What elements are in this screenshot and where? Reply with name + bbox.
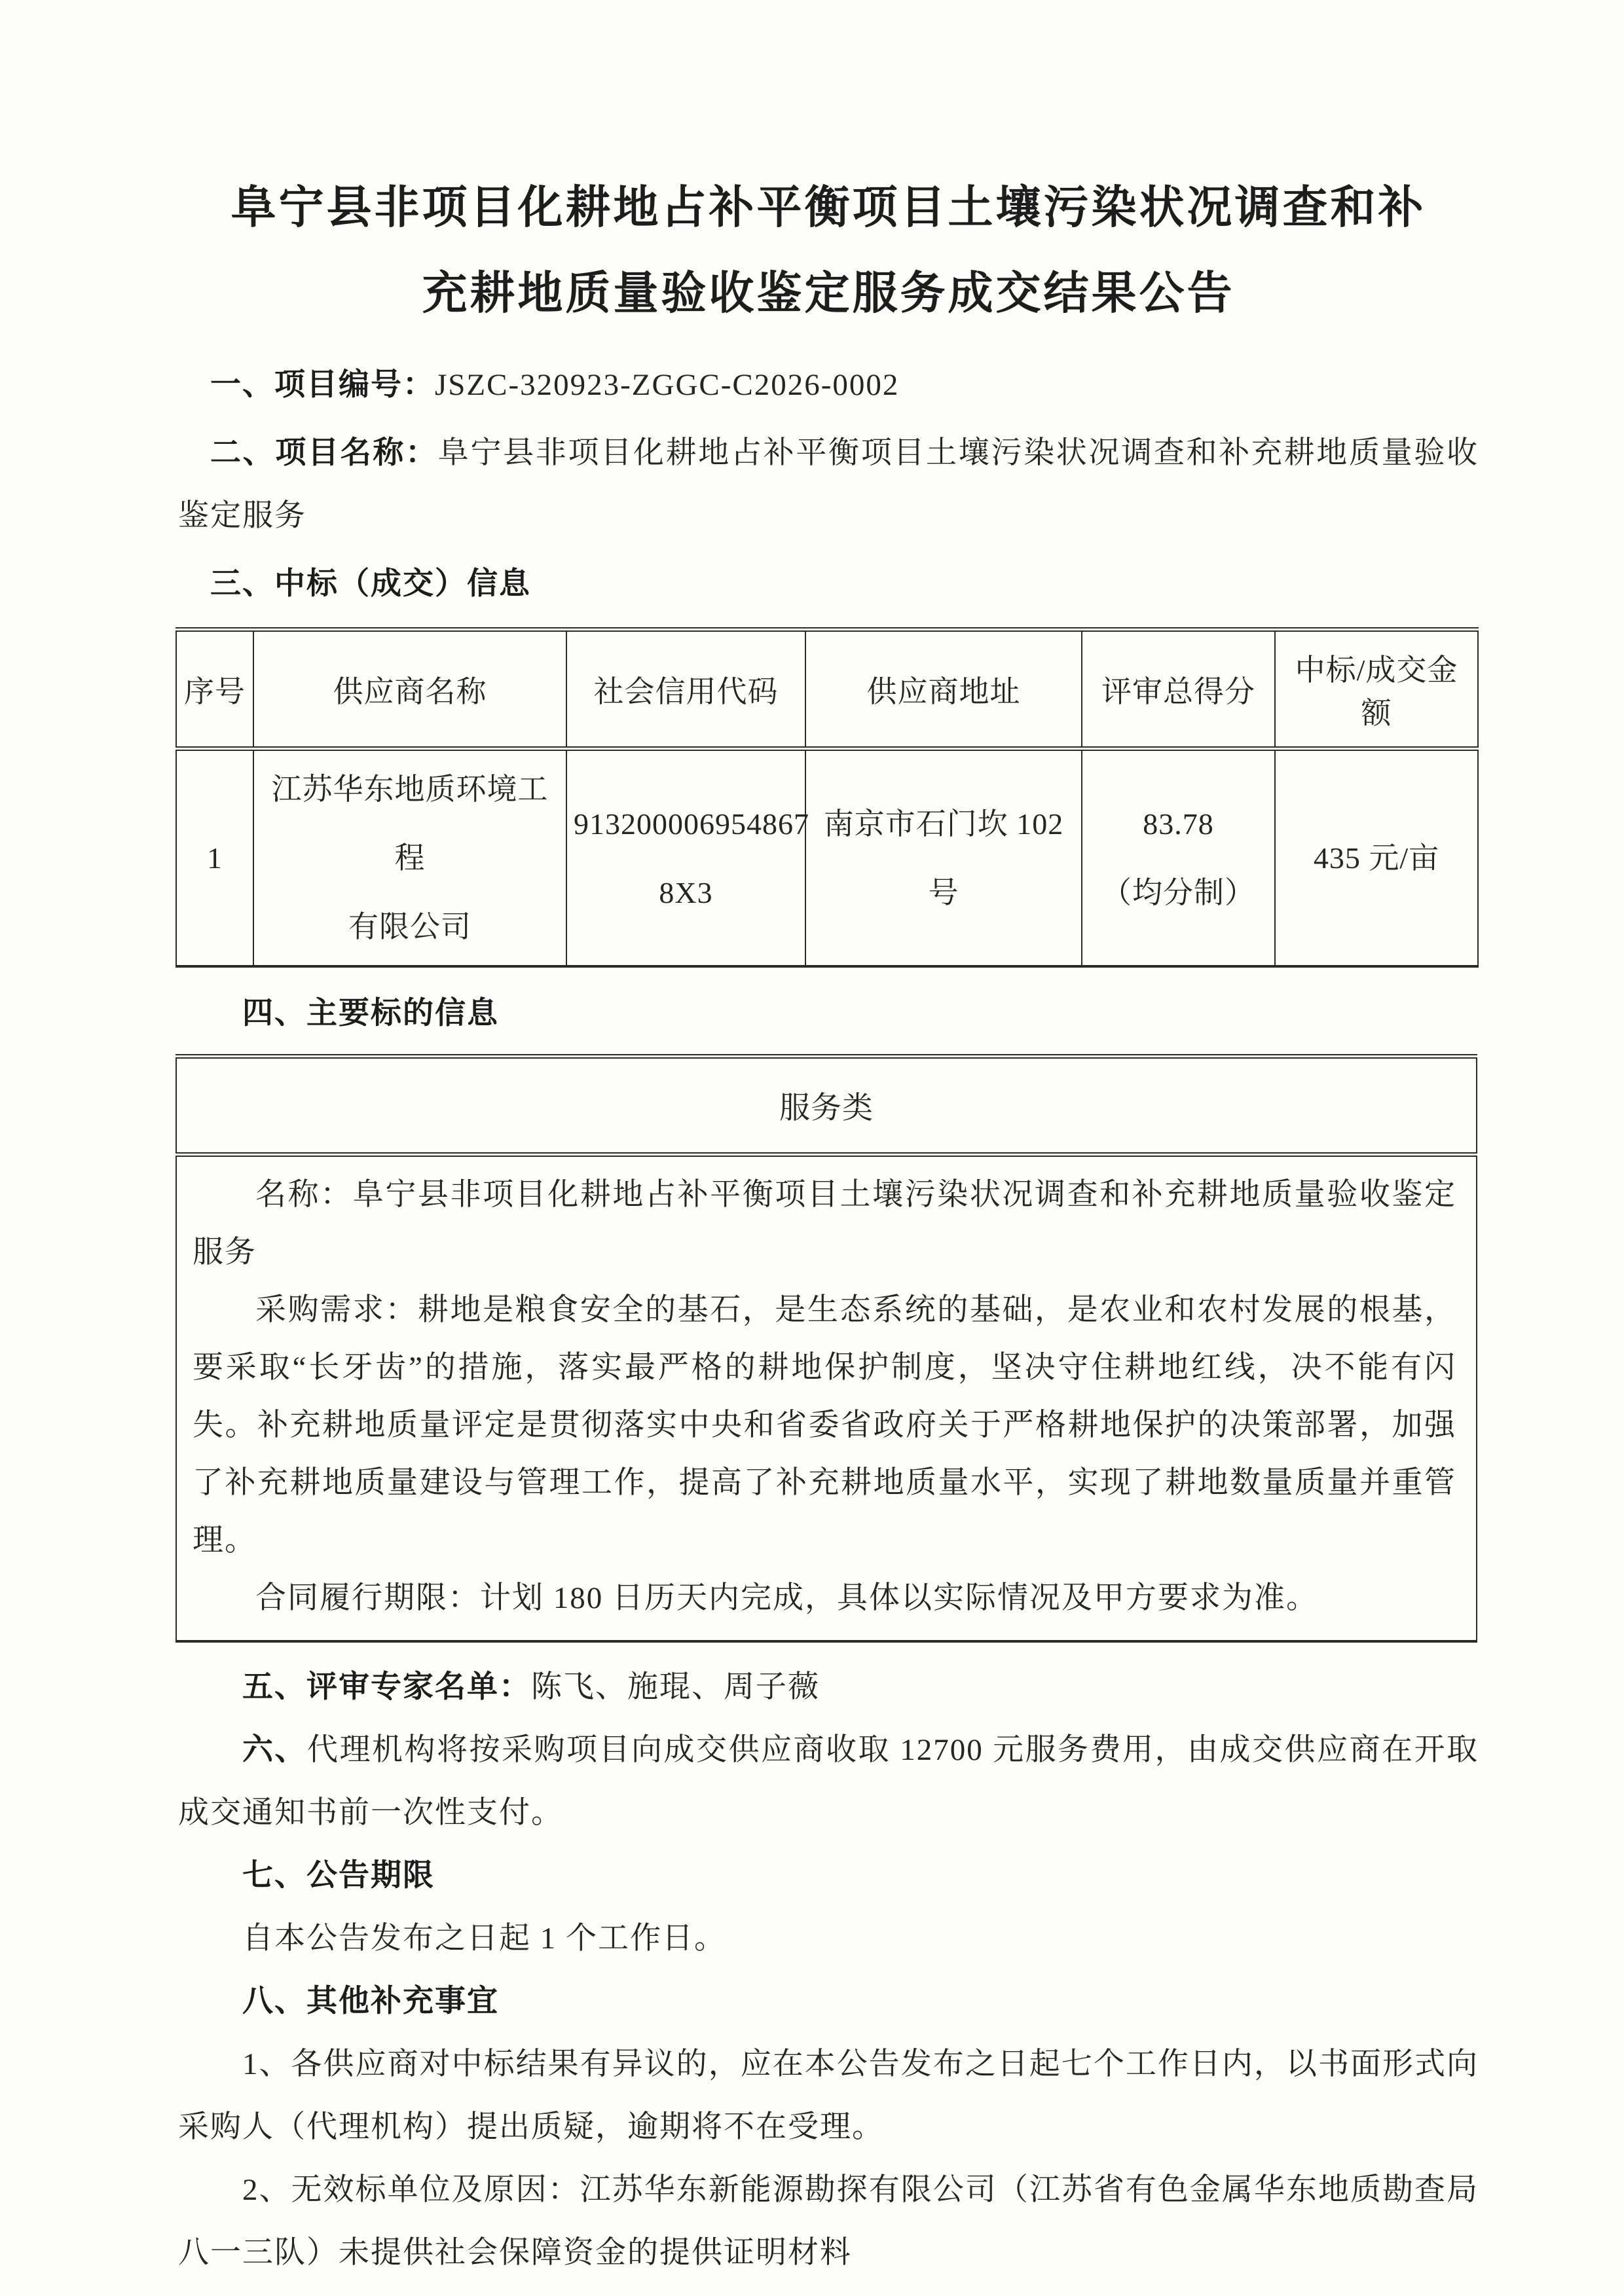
announcement-period-body: 自本公告发布之日起 1 个工作日。 xyxy=(178,1907,1479,1970)
cell-credit-code: 913200006954867 8X3 xyxy=(566,749,805,967)
subject-category-row: 服务类 xyxy=(176,1057,1477,1155)
section-subject-info-heading: 四、主要标的信息 xyxy=(178,982,1479,1045)
other-matters-item-2: 2、无效标单位及原因：江苏华东新能源勘探有限公司（江苏省有色金属华东地质勘查局八… xyxy=(178,2159,1479,2284)
subject-demand-paragraph: 采购需求：耕地是粮食安全的基石，是生态系统的基础，是农业和农村发展的根基，要采取… xyxy=(193,1281,1456,1569)
subject-contract-paragraph: 合同履行期限：计划 180 日历天内完成，具体以实际情况及甲方要求为准。 xyxy=(193,1569,1456,1627)
cell-review-score: 83.78 （均分制） xyxy=(1082,749,1275,967)
subject-body-cell: 名称：阜宁县非项目化耕地占补平衡项目土壤污染状况调查和补充耕地质量验收鉴定服务 … xyxy=(176,1155,1477,1642)
award-table-row: 1 江苏华东地质环境工程 有限公司 913200006954867 8X3 南京… xyxy=(176,749,1478,967)
header-award-amount: 中标/成交金额 xyxy=(1275,630,1478,749)
section-award-info-heading: 三、中标（成交）信息 xyxy=(178,553,1479,615)
document-title-line-1: 阜宁县非项目化耕地占补平衡项目土壤污染状况调查和补 xyxy=(178,165,1479,251)
cell-seq-no: 1 xyxy=(176,749,253,967)
header-seq-no: 序号 xyxy=(176,630,253,749)
header-credit-code: 社会信用代码 xyxy=(566,630,805,749)
project-name-label: 二、项目名称： xyxy=(210,436,438,470)
subject-info-table: 服务类 名称：阜宁县非项目化耕地占补平衡项目土壤污染状况调查和补充耕地质量验收鉴… xyxy=(175,1054,1477,1643)
award-table-header-row: 序号 供应商名称 社会信用代码 供应商地址 评审总得分 中标/成交金额 xyxy=(176,630,1478,749)
cell-supplier-name: 江苏华东地质环境工程 有限公司 xyxy=(253,749,566,967)
header-supplier-address: 供应商地址 xyxy=(805,630,1082,749)
section-agency-fee: 六、代理机构将按采购项目向成交供应商收取 12700 元服务费用，由成交供应商在… xyxy=(178,1719,1479,1844)
agency-fee-text: 代理机构将按采购项目向成交供应商收取 12700 元服务费用，由成交供应商在开取… xyxy=(178,1733,1479,1830)
section-other-matters-heading: 八、其他补充事宜 xyxy=(178,1970,1479,2033)
other-matters-item-1: 1、各供应商对中标结果有异议的，应在本公告发布之日起七个工作日内，以书面形式向采… xyxy=(178,2033,1479,2159)
section-expert-list: 五、评审专家名单：陈飞、施琨、周子薇 xyxy=(178,1656,1479,1719)
subject-name-paragraph: 名称：阜宁县非项目化耕地占补平衡项目土壤污染状况调查和补充耕地质量验收鉴定服务 xyxy=(193,1166,1456,1281)
subject-category-cell: 服务类 xyxy=(176,1057,1477,1155)
expert-list-names: 陈飞、施琨、周子薇 xyxy=(531,1670,820,1704)
project-number-value: JSZC-320923-ZGGC-C2026-0002 xyxy=(435,368,899,402)
header-review-score: 评审总得分 xyxy=(1082,630,1275,749)
cell-supplier-address: 南京市石门坎 102 号 xyxy=(805,749,1082,967)
section-announcement-period-heading: 七、公告期限 xyxy=(178,1844,1479,1907)
document-title-line-2: 充耕地质量验收鉴定服务成交结果公告 xyxy=(178,251,1479,337)
agency-fee-label: 六、 xyxy=(242,1733,307,1767)
section-project-number: 一、项目编号：JSZC-320923-ZGGC-C2026-0002 xyxy=(178,354,1479,416)
document-title: 阜宁县非项目化耕地占补平衡项目土壤污染状况调查和补 充耕地质量验收鉴定服务成交结… xyxy=(178,165,1479,337)
expert-list-label: 五、评审专家名单： xyxy=(242,1670,531,1704)
cell-award-amount: 435 元/亩 xyxy=(1275,749,1478,967)
header-supplier-name: 供应商名称 xyxy=(253,630,566,749)
section-project-name: 二、项目名称：阜宁县非项目化耕地占补平衡项目土壤污染状况调查和补充耕地质量验收鉴… xyxy=(178,422,1479,547)
project-number-label: 一、项目编号： xyxy=(210,368,435,402)
announcement-document-page: 阜宁县非项目化耕地占补平衡项目土壤污染状况调查和补 充耕地质量验收鉴定服务成交结… xyxy=(0,0,1624,2296)
subject-body-row: 名称：阜宁县非项目化耕地占补平衡项目土壤污染状况调查和补充耕地质量验收鉴定服务 … xyxy=(176,1155,1477,1642)
award-result-table: 序号 供应商名称 社会信用代码 供应商地址 评审总得分 中标/成交金额 1 江苏… xyxy=(175,627,1479,968)
